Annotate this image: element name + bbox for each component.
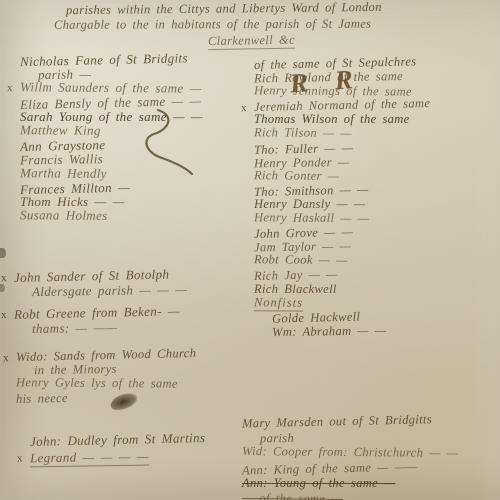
line-text: Aldersgate parish — — — — [14, 282, 187, 300]
line-text: Thomas Wilson of the same — [254, 112, 410, 126]
left-entry-botolph: xJohn Sander of St BotolphAldersgate par… — [14, 268, 187, 298]
manuscript-line: xLegrand — — — — — [30, 447, 206, 467]
manuscript-line: Susana Holmes — [20, 208, 203, 224]
edge-ink-mark — [0, 284, 5, 292]
line-text: Clarkenwell &c — [208, 33, 295, 51]
line-text: parish — [242, 430, 294, 445]
manuscript-line: Rich Blackwell — [254, 282, 430, 296]
line-text: Rich Blackwell — [254, 282, 337, 296]
line-text: thams: — —— — [14, 320, 118, 337]
line-text: Nonfists — [254, 295, 303, 311]
line-text: Matthew King — [20, 122, 101, 138]
line-text: his neece — [16, 391, 68, 406]
manuscript-line: Wm: Abraham — — — [254, 322, 430, 339]
left-entry-dudley: John: Dudley from St MartinsxLegrand — —… — [30, 431, 205, 465]
manuscript-line: Thomas Wilson of the same — [254, 112, 430, 126]
cross-marker: x — [241, 101, 247, 115]
manuscript-line: Aldersgate parish — — — — [14, 282, 187, 300]
line-text: Chargable to the in habitants of the par… — [54, 17, 371, 32]
line-text: Martha Hendly — [20, 165, 107, 181]
manuscript-line: Ann: Young of the same — — [242, 476, 458, 492]
line-text: … of the same — — [242, 491, 343, 500]
line-text: Rich Tilson — — — [254, 126, 352, 141]
line-text: Henry Dansly — — — [254, 197, 365, 211]
manuscript-line: his neece — [16, 388, 197, 406]
line-text: Ann: King of the same — —— — [242, 459, 418, 477]
line-text: Mary Marsden out of St Bridgitts — [242, 412, 432, 430]
cross-marker: x — [1, 308, 7, 323]
left-entry-sands: xWido: Sands from Wood Churchin the Mino… — [16, 348, 196, 404]
cross-marker: x — [7, 81, 13, 95]
manuscript-line: thams: — —— — [14, 319, 180, 337]
bottom-right-list: Mary Marsden out of St BridgittsparishWi… — [242, 414, 458, 500]
edge-ink-mark — [0, 248, 6, 258]
line-text: Wm: Abraham — — — [254, 323, 386, 339]
manuscript-line: Henry Dansly — — — [254, 197, 430, 211]
line-text: Robt Cook — — — [254, 253, 348, 268]
manuscript-page: parishes within the Cittys and Libertys … — [0, 0, 500, 500]
line-text: Wid: Cooper from: Christchurch — — — [242, 444, 458, 460]
pen-flourish — [128, 108, 198, 178]
line-text: Legrand — — — — — [30, 449, 149, 468]
line-text: Rich Gonter — — [254, 168, 339, 183]
line-text: Susana Holmes — [20, 207, 108, 223]
right-column-parish-list: of the same of St SepulchresRich Rowland… — [254, 56, 430, 338]
manuscript-header: parishes within the Cittys and Libertys … — [50, 0, 494, 48]
line-text: Henry Haskall — — — [254, 210, 369, 225]
line-text: parishes within the Cittys and Libertys … — [66, 0, 382, 17]
cross-marker: x — [3, 351, 9, 365]
pen-trial-letters: R R — [289, 63, 364, 99]
manuscript-line: … of the same — — [242, 491, 458, 500]
line-text: Ann: Young of the same — — [242, 476, 395, 490]
left-entry-greene: xRobt Greene from Beken- —thams: — —— — [14, 305, 180, 335]
cross-marker: x — [17, 450, 23, 467]
